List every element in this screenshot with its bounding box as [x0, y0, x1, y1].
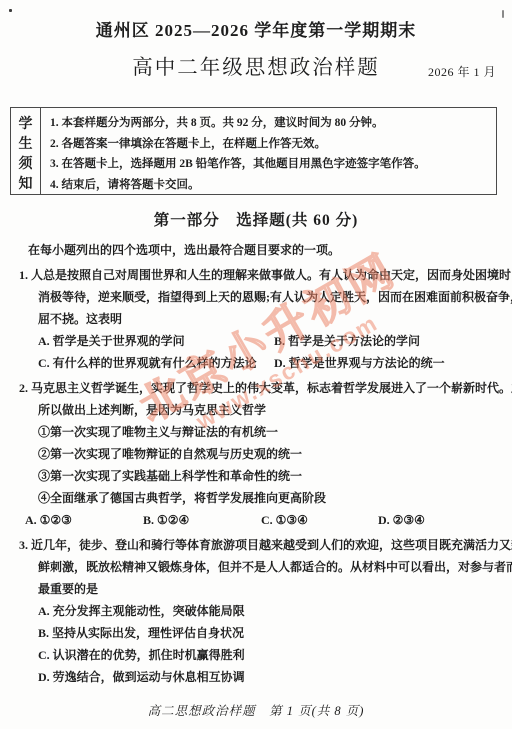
- question-1: 1. 人总是按照自己对周围世界和人生的理解来做事做人。有人认为命由天定，因而身处…: [12, 264, 500, 374]
- section-instruction: 在每小题列出的四个选项中，选出最符合题目要求的一项。: [12, 239, 500, 261]
- option-a: A. 充分发挥主观能动性，突破体能局限: [38, 600, 500, 622]
- question-subitem: ②第一次实现了唯物辩证的自然观与历史观的统一: [12, 443, 500, 465]
- scan-artifact: [502, 10, 504, 18]
- notice-item: 4. 结束后，请将答题卡交回。: [50, 175, 488, 196]
- exam-content: 在每小题列出的四个选项中，选出最符合题目要求的一项。 1. 人总是按照自己对周围…: [0, 239, 512, 688]
- question-line: 1. 人总是按照自己对周围世界和人生的理解来做事做人。有人认为命由天定，因而身处…: [12, 264, 500, 286]
- question-line: 最重要的是: [12, 578, 500, 600]
- option-b: B. 坚持从实际出发，理性评估自身状况: [38, 622, 500, 644]
- notice-item: 3. 在答题卡上，选择题用 2B 铅笔作答，其他题目用黑色字迹签字笔作答。: [50, 154, 488, 175]
- notice-item: 2. 各题答案一律填涂在答题卡上，在样题上作答无效。: [50, 134, 488, 155]
- exam-subtitle-row: 高中二年级思想政治样题 2026 年 1 月: [0, 50, 512, 84]
- option-d: D. ②③④: [378, 509, 500, 531]
- option-b: B. ①②④: [143, 509, 261, 531]
- options-list: A. 充分发挥主观能动性，突破体能局限 B. 坚持从实际出发，理性评估自身状况 …: [12, 600, 500, 688]
- options-row: A. ①②③ B. ①②④ C. ①③④ D. ②③④: [12, 509, 500, 531]
- option-a: A. ①②③: [25, 509, 143, 531]
- notice-side-char: 生: [19, 133, 33, 153]
- student-notice-box: 学 生 须 知 1. 本套样题分为两部分，共 8 页。共 92 分，建议时间为 …: [10, 107, 497, 195]
- notice-side-char: 知: [19, 173, 33, 193]
- question-line: 2. 马克思主义哲学诞生，实现了哲学史上的伟大变革，标志着哲学发展进入了一个崭新…: [12, 377, 500, 399]
- question-line: 3. 近几年，徒步、登山和骑行等体育旅游项目越来越受到人们的欢迎，这些项目既充满…: [12, 534, 500, 556]
- exam-title: 通州区 2025—2026 学年度第一学期期末: [0, 0, 512, 42]
- notice-side-label: 学 生 须 知: [11, 108, 41, 194]
- option-c: C. 有什么样的世界观就有什么样的方法论: [38, 352, 274, 374]
- notice-items: 1. 本套样题分为两部分，共 8 页。共 92 分，建议时间为 80 分钟。 2…: [41, 108, 496, 194]
- scan-artifact: [9, 9, 12, 12]
- option-a: A. 哲学是关于世界观的学问: [38, 330, 274, 352]
- question-subitem: ④全面继承了德国古典哲学，将哲学发展推向更高阶段: [12, 487, 500, 509]
- option-c: C. 认识潜在的优势，抓住时机赢得胜利: [38, 644, 500, 666]
- notice-side-char: 须: [19, 153, 33, 173]
- question-3: 3. 近几年，徒步、登山和骑行等体育旅游项目越来越受到人们的欢迎，这些项目既充满…: [12, 534, 500, 688]
- notice-item: 1. 本套样题分为两部分，共 8 页。共 92 分，建议时间为 80 分钟。: [50, 113, 488, 134]
- question-line: 鲜刺激，既放松精神又锻炼身体，但并不是人人都适合的。从材料中可以看出，对参与者而…: [12, 556, 500, 578]
- question-line: 所以做出上述判断，是因为马克思主义哲学: [12, 399, 500, 421]
- question-subitem: ③第一次实现了实践基础上科学性和革命性的统一: [12, 465, 500, 487]
- question-subitem: ①第一次实现了唯物主义与辩证法的有机统一: [12, 421, 500, 443]
- exam-date: 2026 年 1 月: [428, 63, 496, 80]
- question-line: 消极等待，逆来顺受，指望得到上天的恩赐;有人认为人定胜天，因而在困难面前积极奋争…: [12, 286, 500, 308]
- question-line: 屈不挠。这表明: [12, 308, 500, 330]
- option-d: D. 劳逸结合，做到运动与休息相互协调: [38, 666, 500, 688]
- page-footer: 高二思想政治样题 第 1 页(共 8 页): [0, 701, 512, 719]
- question-2: 2. 马克思主义哲学诞生，实现了哲学史上的伟大变革，标志着哲学发展进入了一个崭新…: [12, 377, 500, 531]
- exam-subtitle: 高中二年级思想政治样题: [132, 57, 380, 79]
- exam-page: 通州区 2025—2026 学年度第一学期期末 高中二年级思想政治样题 2026…: [0, 0, 512, 729]
- options-row: A. 哲学是关于世界观的学问 B. 哲学是关于方法论的学问 C. 有什么样的世界…: [12, 330, 500, 374]
- option-b: B. 哲学是关于方法论的学问: [274, 330, 500, 352]
- option-c: C. ①③④: [261, 509, 378, 531]
- notice-side-char: 学: [19, 113, 33, 133]
- option-d: D. 哲学是世界观与方法论的统一: [274, 352, 500, 374]
- section-heading: 第一部分 选择题(共 60 分): [0, 208, 512, 232]
